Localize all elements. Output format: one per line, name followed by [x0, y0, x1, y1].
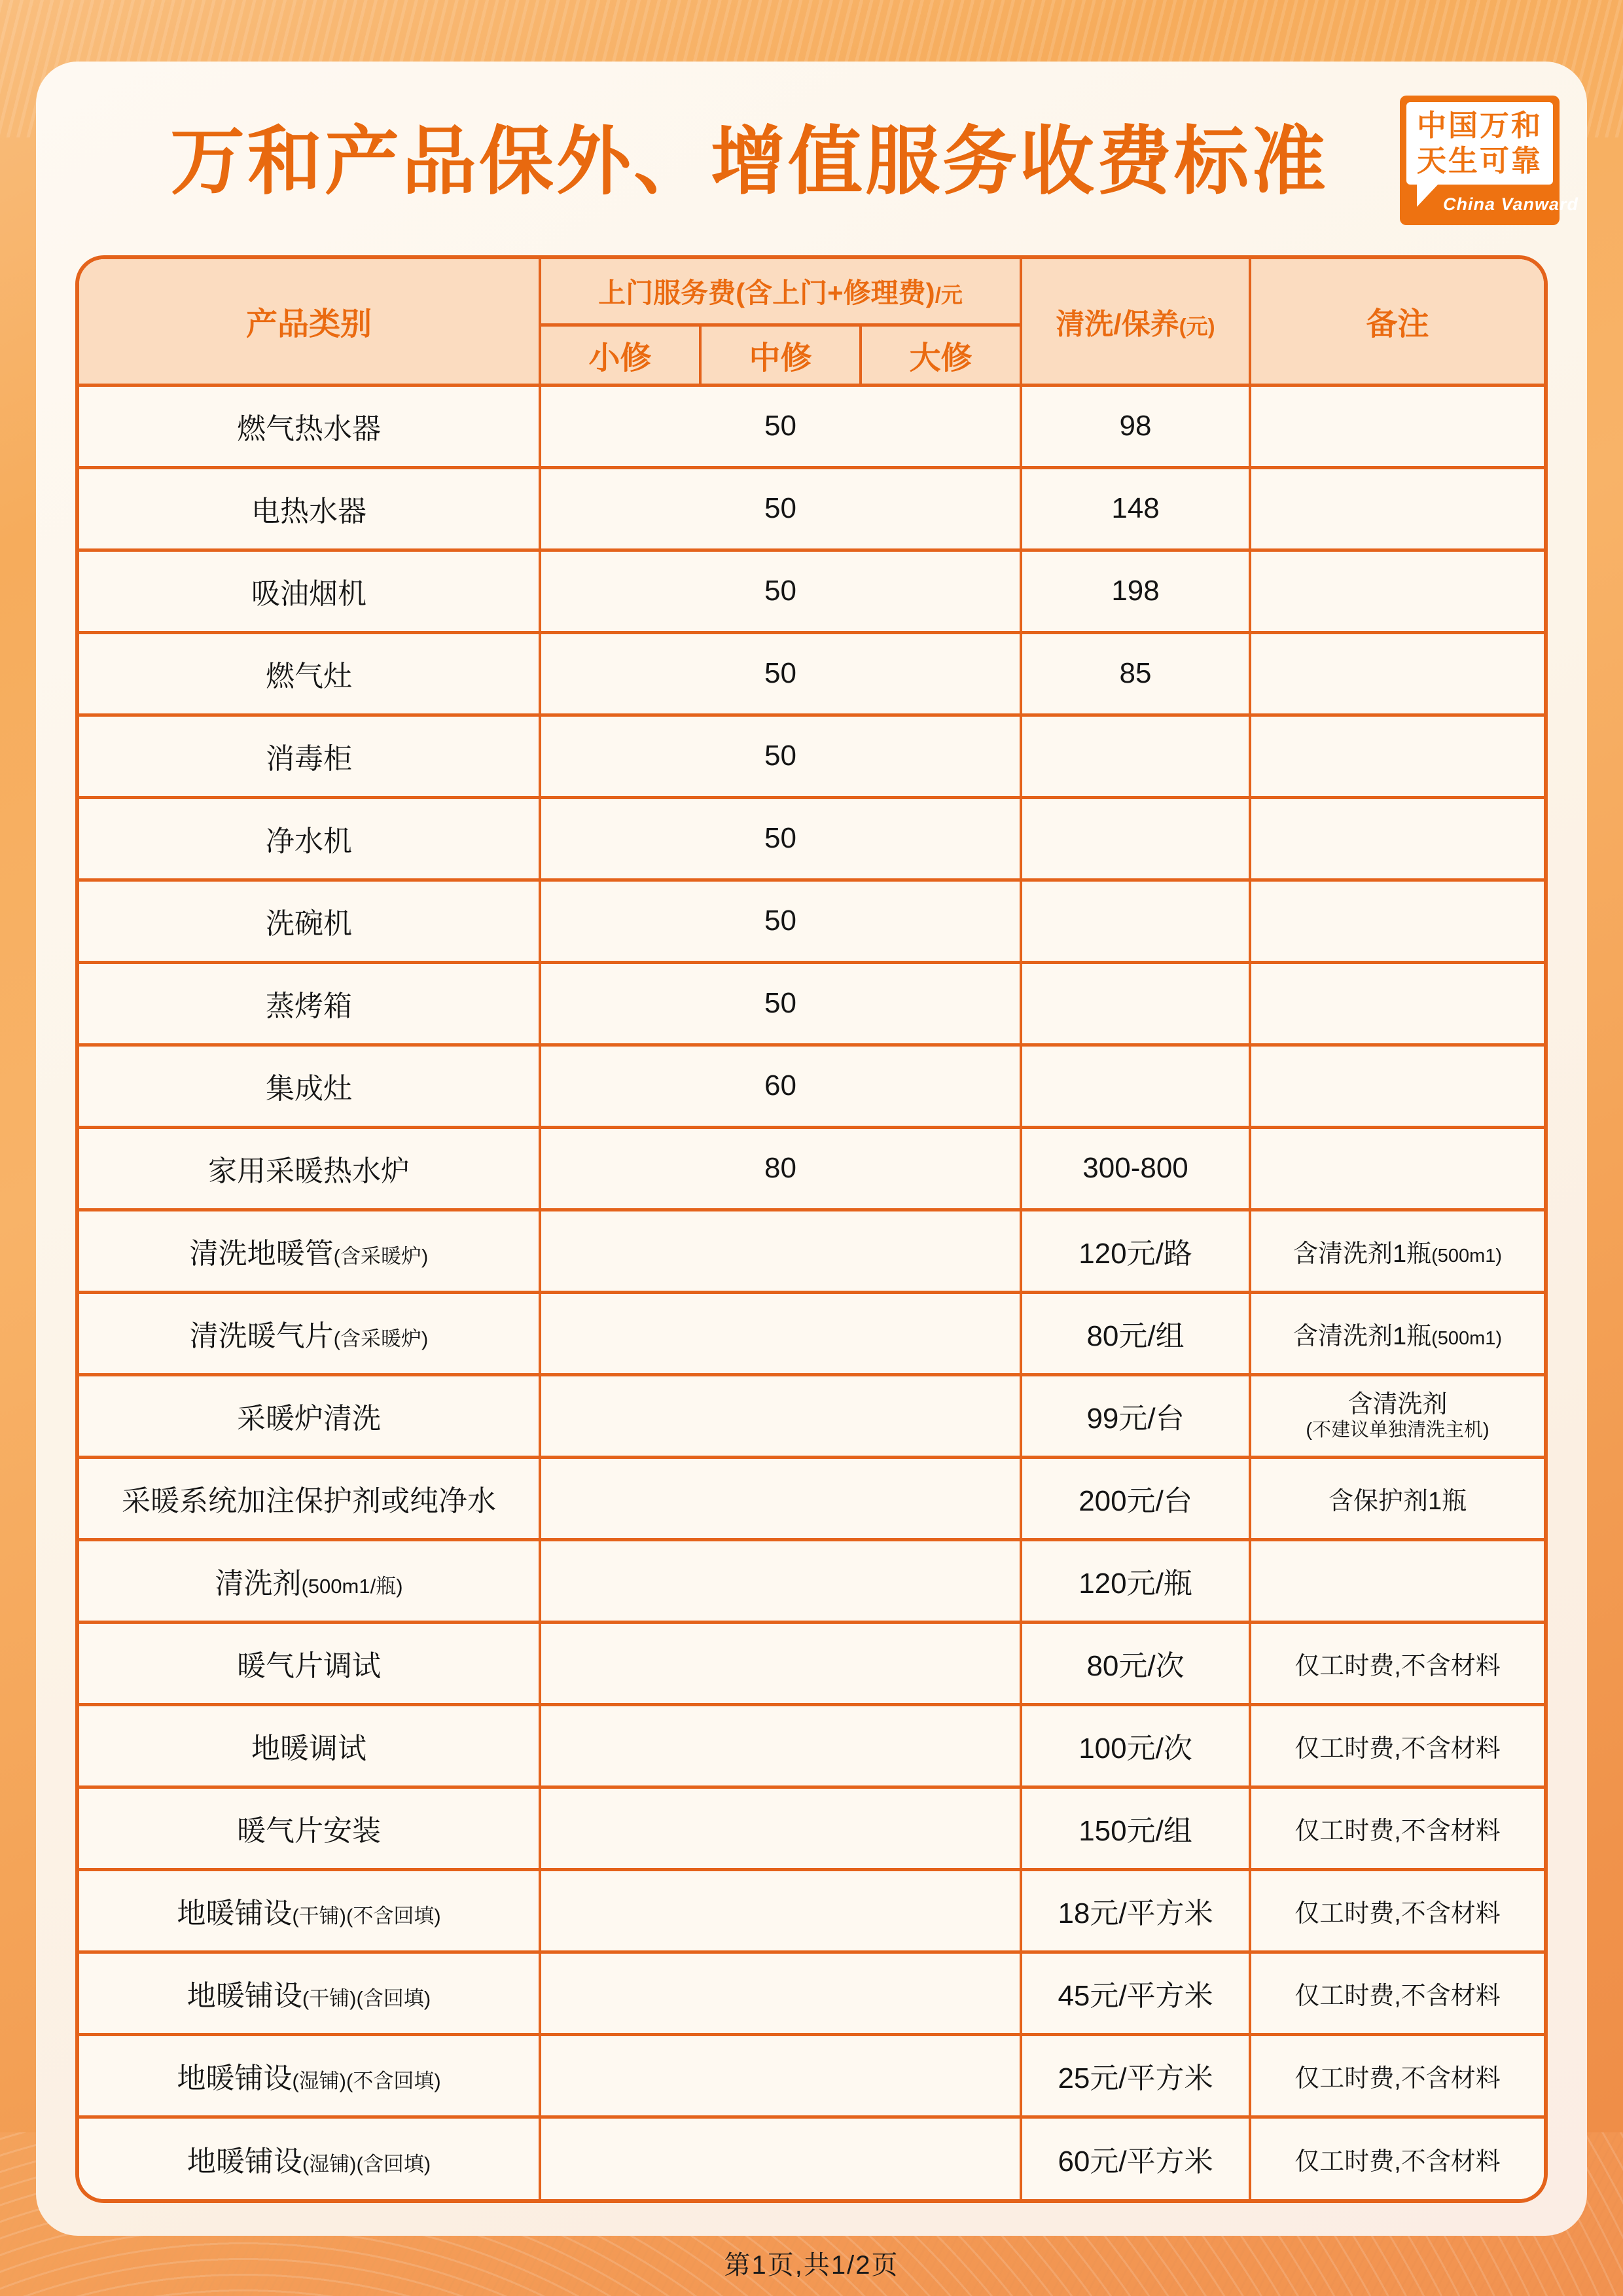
fee-cell: 50: [540, 632, 1021, 715]
fee-cell: [540, 1539, 1021, 1622]
remark-cell: 仅工时费,不含材料: [1250, 2034, 1544, 2117]
table-row: 地暖铺设(湿铺)(不含回填)25元/平方米仅工时费,不含材料: [79, 2034, 1544, 2117]
table-row: 地暖铺设(干铺)(不含回填)18元/平方米仅工时费,不含材料: [79, 1869, 1544, 1952]
fee-cell: [540, 2034, 1021, 2117]
product-cell: 清洗地暖管(含采暖炉): [79, 1210, 540, 1292]
speech-bubble-tail-icon: [1417, 183, 1439, 207]
fee-cell: [540, 1292, 1021, 1374]
header-product-category: 产品类别: [79, 259, 540, 385]
fee-cell: [540, 1869, 1021, 1952]
clean-cell: 80元/组: [1021, 1292, 1250, 1374]
remark-cell: [1250, 962, 1544, 1045]
clean-cell: [1021, 962, 1250, 1045]
product-cell: 燃气热水器: [79, 385, 540, 467]
header-medium-repair: 中修: [700, 325, 861, 385]
product-cell: 采暖系统加注保护剂或纯净水: [79, 1457, 540, 1539]
clean-cell: [1021, 797, 1250, 880]
table-row: 采暖炉清洗99元/台含清洗剂(不建议单独清洗主机): [79, 1374, 1544, 1457]
remark-cell: 仅工时费,不含材料: [1250, 1704, 1544, 1787]
clean-cell: 100元/次: [1021, 1704, 1250, 1787]
table-row: 采暖系统加注保护剂或纯净水200元/台含保护剂1瓶: [79, 1457, 1544, 1539]
remark-cell: [1250, 632, 1544, 715]
product-cell: 蒸烤箱: [79, 962, 540, 1045]
product-cell: 地暖铺设(湿铺)(不含回填): [79, 2034, 540, 2117]
table-row: 燃气热水器5098: [79, 385, 1544, 467]
clean-cell: 198: [1021, 550, 1250, 632]
clean-cell: [1021, 1045, 1250, 1127]
remark-cell: [1250, 1045, 1544, 1127]
clean-cell: 120元/瓶: [1021, 1539, 1250, 1622]
fee-cell: 50: [540, 385, 1021, 467]
table-row: 净水机50: [79, 797, 1544, 880]
remark-cell: 含清洗剂1瓶(500m1): [1250, 1292, 1544, 1374]
table-row: 清洗地暖管(含采暖炉)120元/路含清洗剂1瓶(500m1): [79, 1210, 1544, 1292]
page-number: 第1页,共1/2页: [0, 2244, 1623, 2282]
fee-cell: 60: [540, 1045, 1021, 1127]
table-header-row-1: 产品类别 上门服务费(含上门+修理费)/元 清洗/保养(元) 备注: [79, 259, 1544, 325]
clean-cell: 80元/次: [1021, 1622, 1250, 1704]
product-cell: 电热水器: [79, 467, 540, 550]
clean-cell: 148: [1021, 467, 1250, 550]
fee-cell: [540, 1457, 1021, 1539]
product-cell: 家用采暖热水炉: [79, 1127, 540, 1210]
clean-cell: [1021, 880, 1250, 962]
table-row: 清洗暖气片(含采暖炉)80元/组含清洗剂1瓶(500m1): [79, 1292, 1544, 1374]
clean-cell: 200元/台: [1021, 1457, 1250, 1539]
header-minor-repair: 小修: [540, 325, 700, 385]
product-cell: 清洗剂(500m1/瓶): [79, 1539, 540, 1622]
product-cell: 洗碗机: [79, 880, 540, 962]
fee-cell: 50: [540, 467, 1021, 550]
remark-cell: [1250, 797, 1544, 880]
product-cell: 地暖调试: [79, 1704, 540, 1787]
brand-logo-line1: 中国万和: [1417, 109, 1543, 142]
remark-cell: [1250, 467, 1544, 550]
table-row: 地暖调试100元/次仅工时费,不含材料: [79, 1704, 1544, 1787]
clean-cell: [1021, 715, 1250, 797]
remark-cell: [1250, 1127, 1544, 1210]
fee-cell: 50: [540, 715, 1021, 797]
table-row: 洗碗机50: [79, 880, 1544, 962]
product-cell: 消毒柜: [79, 715, 540, 797]
table-row: 地暖铺设(干铺)(含回填)45元/平方米仅工时费,不含材料: [79, 1952, 1544, 2034]
fee-table: 产品类别 上门服务费(含上门+修理费)/元 清洗/保养(元) 备注 小修 中修 …: [75, 255, 1548, 2203]
document-card: 万和产品保外、增值服务收费标准 中国万和 天生可靠 China Vanward …: [36, 62, 1587, 2236]
fee-cell: [540, 1704, 1021, 1787]
fee-cell: [540, 1210, 1021, 1292]
remark-cell: 仅工时费,不含材料: [1250, 1622, 1544, 1704]
remark-cell: 仅工时费,不含材料: [1250, 1787, 1544, 1869]
fee-cell: 50: [540, 880, 1021, 962]
remark-cell: [1250, 880, 1544, 962]
product-cell: 暖气片安装: [79, 1787, 540, 1869]
remark-cell: 含保护剂1瓶: [1250, 1457, 1544, 1539]
brand-logo-english: China Vanward: [1443, 190, 1553, 219]
table-row: 地暖铺设(湿铺)(含回填)60元/平方米仅工时费,不含材料: [79, 2117, 1544, 2199]
clean-cell: 18元/平方米: [1021, 1869, 1250, 1952]
remark-cell: [1250, 1539, 1544, 1622]
table-row: 集成灶60: [79, 1045, 1544, 1127]
product-cell: 采暖炉清洗: [79, 1374, 540, 1457]
fee-cell: [540, 1787, 1021, 1869]
header-service-fee-label: 上门服务费(含上门+修理费): [598, 278, 935, 308]
remark-cell: 仅工时费,不含材料: [1250, 1952, 1544, 2034]
clean-cell: 150元/组: [1021, 1787, 1250, 1869]
header-clean-unit: (元): [1179, 314, 1215, 338]
product-cell: 集成灶: [79, 1045, 540, 1127]
table-row: 家用采暖热水炉80300-800: [79, 1127, 1544, 1210]
remark-cell: [1250, 715, 1544, 797]
product-cell: 净水机: [79, 797, 540, 880]
header-service-fee-group: 上门服务费(含上门+修理费)/元: [540, 259, 1021, 325]
fee-cell: 50: [540, 797, 1021, 880]
clean-cell: 300-800: [1021, 1127, 1250, 1210]
remark-cell: [1250, 550, 1544, 632]
remark-cell: 含清洗剂(不建议单独清洗主机): [1250, 1374, 1544, 1457]
table-row: 燃气灶5085: [79, 632, 1544, 715]
fee-cell: 50: [540, 550, 1021, 632]
table-row: 蒸烤箱50: [79, 962, 1544, 1045]
header-service-fee-unit: /元: [935, 283, 963, 307]
table-row: 暖气片安装150元/组仅工时费,不含材料: [79, 1787, 1544, 1869]
fee-cell: 50: [540, 962, 1021, 1045]
header-clean-label: 清洗/保养: [1056, 308, 1179, 340]
table-row: 暖气片调试80元/次仅工时费,不含材料: [79, 1622, 1544, 1704]
clean-cell: 120元/路: [1021, 1210, 1250, 1292]
table-row: 清洗剂(500m1/瓶)120元/瓶: [79, 1539, 1544, 1622]
remark-cell: 仅工时费,不含材料: [1250, 2117, 1544, 2199]
table-row: 消毒柜50: [79, 715, 1544, 797]
product-cell: 吸油烟机: [79, 550, 540, 632]
clean-cell: 45元/平方米: [1021, 1952, 1250, 2034]
table-row: 电热水器50148: [79, 467, 1544, 550]
fee-cell: [540, 1622, 1021, 1704]
product-cell: 地暖铺设(干铺)(含回填): [79, 1952, 540, 2034]
product-cell: 地暖铺设(干铺)(不含回填): [79, 1869, 540, 1952]
page-title: 万和产品保外、增值服务收费标准: [36, 119, 1463, 205]
header-clean-maintain: 清洗/保养(元): [1021, 259, 1250, 385]
remark-cell: 仅工时费,不含材料: [1250, 1869, 1544, 1952]
clean-cell: 98: [1021, 385, 1250, 467]
product-cell: 暖气片调试: [79, 1622, 540, 1704]
clean-cell: 99元/台: [1021, 1374, 1250, 1457]
fee-cell: [540, 1374, 1021, 1457]
fee-cell: [540, 1952, 1021, 2034]
table-row: 吸油烟机50198: [79, 550, 1544, 632]
header-remark: 备注: [1250, 259, 1544, 385]
fee-cell: [540, 2117, 1021, 2199]
product-cell: 地暖铺设(湿铺)(含回填): [79, 2117, 540, 2199]
brand-logo: 中国万和 天生可靠 China Vanward: [1400, 96, 1560, 225]
fee-cell: 80: [540, 1127, 1021, 1210]
header-major-repair: 大修: [861, 325, 1021, 385]
brand-logo-line2: 天生可靠: [1417, 145, 1543, 177]
clean-cell: 25元/平方米: [1021, 2034, 1250, 2117]
clean-cell: 85: [1021, 632, 1250, 715]
brand-logo-bubble: 中国万和 天生可靠: [1406, 102, 1553, 185]
product-cell: 清洗暖气片(含采暖炉): [79, 1292, 540, 1374]
remark-cell: 含清洗剂1瓶(500m1): [1250, 1210, 1544, 1292]
remark-cell: [1250, 385, 1544, 467]
clean-cell: 60元/平方米: [1021, 2117, 1250, 2199]
product-cell: 燃气灶: [79, 632, 540, 715]
